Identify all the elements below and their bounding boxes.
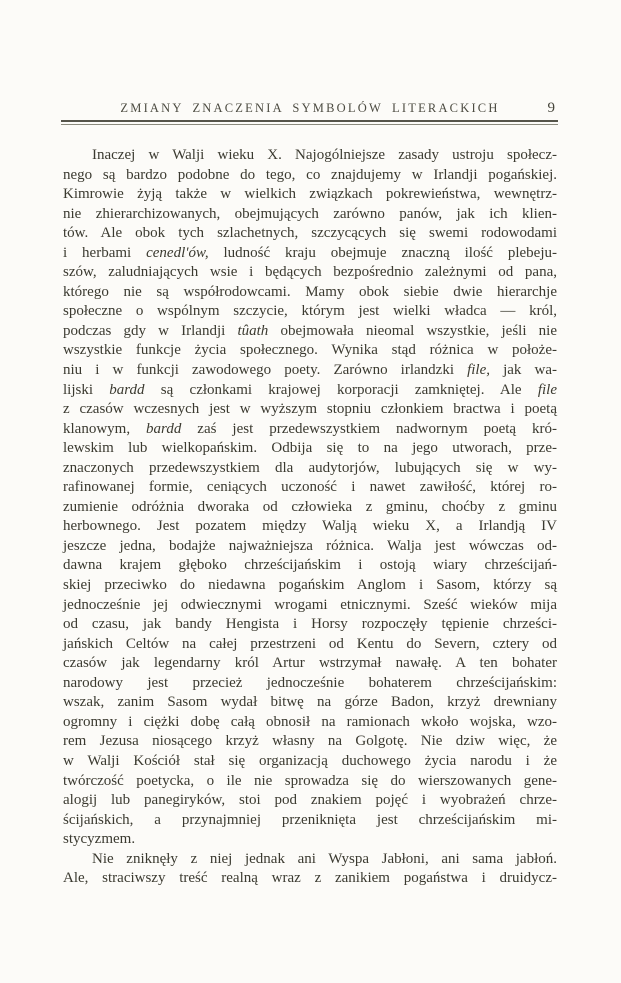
text-line: skiej przeciwko do niedawna pogańskim An…	[63, 576, 557, 596]
running-head: ZMIANY ZNACZENIA SYMBOLÓW LITERACKICH 9	[63, 101, 557, 116]
header-rule	[61, 120, 558, 125]
text-line: szów, zaludniających wsie i będących bez…	[63, 263, 557, 283]
text-line: jeszcze jedna, bodajże najważniejsza róż…	[63, 537, 557, 557]
text-segment: skiej przeciwko do niedawna pogańskim An…	[63, 577, 557, 593]
text-line: Inaczej w Walji wieku X. Najogólniejsze …	[63, 146, 557, 166]
paragraph: Inaczej w Walji wieku X. Najogólniejsze …	[63, 146, 557, 850]
text-segment: ludność kraju obejmuje znaczną ilość ple…	[209, 245, 557, 261]
text-line: herbownego. Jest pozatem między Walją wi…	[63, 517, 557, 537]
text-segment: jednocześnie jej odwiecznymi wrogami etn…	[63, 597, 557, 613]
text-segment: alogij lub panegiryków, stoi pod znakiem…	[63, 792, 557, 808]
text-segment: nego są bardzo podobne do tego, co znajd…	[63, 167, 557, 183]
text-segment: dawna krajem głęboko chrześcijańskim i o…	[63, 557, 557, 573]
text-segment: jak wa-	[490, 362, 557, 378]
text-segment: podczas gdy w Irlandji	[63, 323, 237, 339]
text-line: dawna krajem głęboko chrześcijańskim i o…	[63, 556, 557, 576]
text-segment: w Walji Kościół stał się organizacją duc…	[63, 753, 557, 769]
text-line: nie zhierarchizowanych, obejmujących zar…	[63, 205, 557, 225]
paragraph: Nie zniknęły z niej jednak ani Wyspa Jab…	[63, 850, 557, 889]
text-line: ogromny i ciężki dobę całą obnosił na ra…	[63, 713, 557, 733]
text-line: lewskim lub wielkopańskim. Odbija się to…	[63, 439, 557, 459]
text-segment: tów. Ale obok tych szlachetnych, szczycą…	[63, 225, 557, 241]
text-segment: obejmowała nieomal wszystkie, jeśli nie	[268, 323, 557, 339]
text-line: ścijańskich, a przynajmniej przeniknięta…	[63, 811, 557, 831]
text-segment: ogromny i ciężki dobę całą obnosił na ra…	[63, 714, 557, 730]
page-title: ZMIANY ZNACZENIA SYMBOLÓW LITERACKICH	[120, 101, 499, 115]
text-segment: lewskim lub wielkopańskim. Odbija się to…	[63, 440, 557, 456]
text-line: alogij lub panegiryków, stoi pod znakiem…	[63, 791, 557, 811]
text-line: Nie zniknęły z niej jednak ani Wyspa Jab…	[63, 850, 557, 870]
text-segment: rafinowanej formie, ceniących uczoność i…	[63, 479, 557, 495]
text-segment: którego nie są współrodowcami. Mamy obok…	[63, 284, 557, 300]
text-line: narodowy jest przecież jednocześnie boha…	[63, 674, 557, 694]
text-segment: znaczonych przedewszystkiem dla audytorj…	[63, 460, 557, 476]
text-line: rafinowanej formie, ceniących uczoność i…	[63, 478, 557, 498]
text-line: wszak, zanim Sasom wydał bitwę na górze …	[63, 693, 557, 713]
text-segment: ścijańskich, a przynajmniej przeniknięta…	[63, 812, 557, 828]
text-line: w Walji Kościół stał się organizacją duc…	[63, 752, 557, 772]
text-line: Kimrowie żyją także w wielkich związkach…	[63, 185, 557, 205]
text-line: znaczonych przedewszystkiem dla audytorj…	[63, 459, 557, 479]
italic-term: tûath	[237, 323, 268, 339]
text-segment: lijski	[63, 382, 109, 398]
text-line: jednocześnie jej odwiecznymi wrogami etn…	[63, 596, 557, 616]
text-segment: czasów jak legendarny król Artur wstrzym…	[63, 655, 557, 671]
book-page: ZMIANY ZNACZENIA SYMBOLÓW LITERACKICH 9 …	[0, 0, 621, 983]
text-line: nego są bardzo podobne do tego, co znajd…	[63, 166, 557, 186]
text-line: niu i w funkcji zawodowego poety. Zarówn…	[63, 361, 557, 381]
text-segment: Kimrowie żyją także w wielkich związkach…	[63, 186, 557, 202]
text-line: z czasów wczesnych jest w wyższym stopni…	[63, 400, 557, 420]
text-segment: twórczość poetycka, o ile nie sprowadza …	[63, 773, 557, 789]
text-line: Ale, straciwszy treść realną wraz z zani…	[63, 869, 557, 889]
text-segment: i herbami	[63, 245, 146, 261]
text-segment: zaś jest przedewszystkiem nadwornym poet…	[181, 421, 557, 437]
text-segment: rem Jezusa niosącego krzyż własny na Gol…	[63, 733, 557, 749]
text-line: czasów jak legendarny król Artur wstrzym…	[63, 654, 557, 674]
text-line: którego nie są współrodowcami. Mamy obok…	[63, 283, 557, 303]
text-segment: nie zhierarchizowanych, obejmujących zar…	[63, 206, 557, 222]
text-segment: wszak, zanim Sasom wydał bitwę na górze …	[63, 694, 557, 710]
text-segment: zumienie odróżnia dworaka od człowieka z…	[63, 499, 557, 515]
text-segment: niu i w funkcji zawodowego poety. Zarówn…	[63, 362, 467, 378]
text-segment: klanowym,	[63, 421, 146, 437]
text-line: zumienie odróżnia dworaka od człowieka z…	[63, 498, 557, 518]
italic-term: cenedl'ów,	[146, 245, 209, 261]
text-line: stycyzmem.	[63, 830, 557, 850]
italic-term: bardd	[109, 382, 144, 398]
text-segment: Inaczej w Walji wieku X. Najogólniejsze …	[92, 147, 557, 163]
text-segment: szów, zaludniających wsie i będących bez…	[63, 264, 557, 280]
text-segment: wszystkie funkcje życia społecznego. Wyn…	[63, 342, 557, 358]
text-line: jańskich Celtów na całej przestrzeni od …	[63, 635, 557, 655]
text-segment: społeczne o wspólnym szczycie, którym je…	[63, 303, 557, 319]
text-line: twórczość poetycka, o ile nie sprowadza …	[63, 772, 557, 792]
text-segment: jańskich Celtów na całej przestrzeni od …	[63, 636, 557, 652]
text-segment: z czasów wczesnych jest w wyższym stopni…	[63, 401, 557, 417]
text-segment: Ale, straciwszy treść realną wraz z zani…	[63, 870, 557, 886]
text-line: od czasu, jak bandy Hengista i Horsy roz…	[63, 615, 557, 635]
text-segment: herbownego. Jest pozatem między Walją wi…	[63, 518, 557, 534]
text-line: rem Jezusa niosącego krzyż własny na Gol…	[63, 732, 557, 752]
text-line: tów. Ale obok tych szlachetnych, szczycą…	[63, 224, 557, 244]
text-segment: jeszcze jedna, bodajże najważniejsza róż…	[63, 538, 557, 554]
text-segment: od czasu, jak bandy Hengista i Horsy roz…	[63, 616, 557, 632]
text-segment: narodowy jest przecież jednocześnie boha…	[63, 675, 557, 691]
text-line: społeczne o wspólnym szczycie, którym je…	[63, 302, 557, 322]
page-number: 9	[548, 100, 556, 117]
text-segment: są członkami krajowej korporacji zamknię…	[145, 382, 538, 398]
italic-term: file	[538, 382, 557, 398]
text-line: wszystkie funkcje życia społecznego. Wyn…	[63, 341, 557, 361]
italic-term: bardd	[146, 421, 181, 437]
text-line: podczas gdy w Irlandji tûath obejmowała …	[63, 322, 557, 342]
text-segment: stycyzmem.	[63, 831, 135, 847]
text-segment: Nie zniknęły z niej jednak ani Wyspa Jab…	[92, 851, 557, 867]
text-line: lijski bardd są członkami krajowej korpo…	[63, 381, 557, 401]
text-line: klanowym, bardd zaś jest przedewszystkie…	[63, 420, 557, 440]
italic-term: file,	[467, 362, 490, 378]
text-line: i herbami cenedl'ów, ludność kraju obejm…	[63, 244, 557, 264]
text-block: Inaczej w Walji wieku X. Najogólniejsze …	[63, 146, 557, 889]
